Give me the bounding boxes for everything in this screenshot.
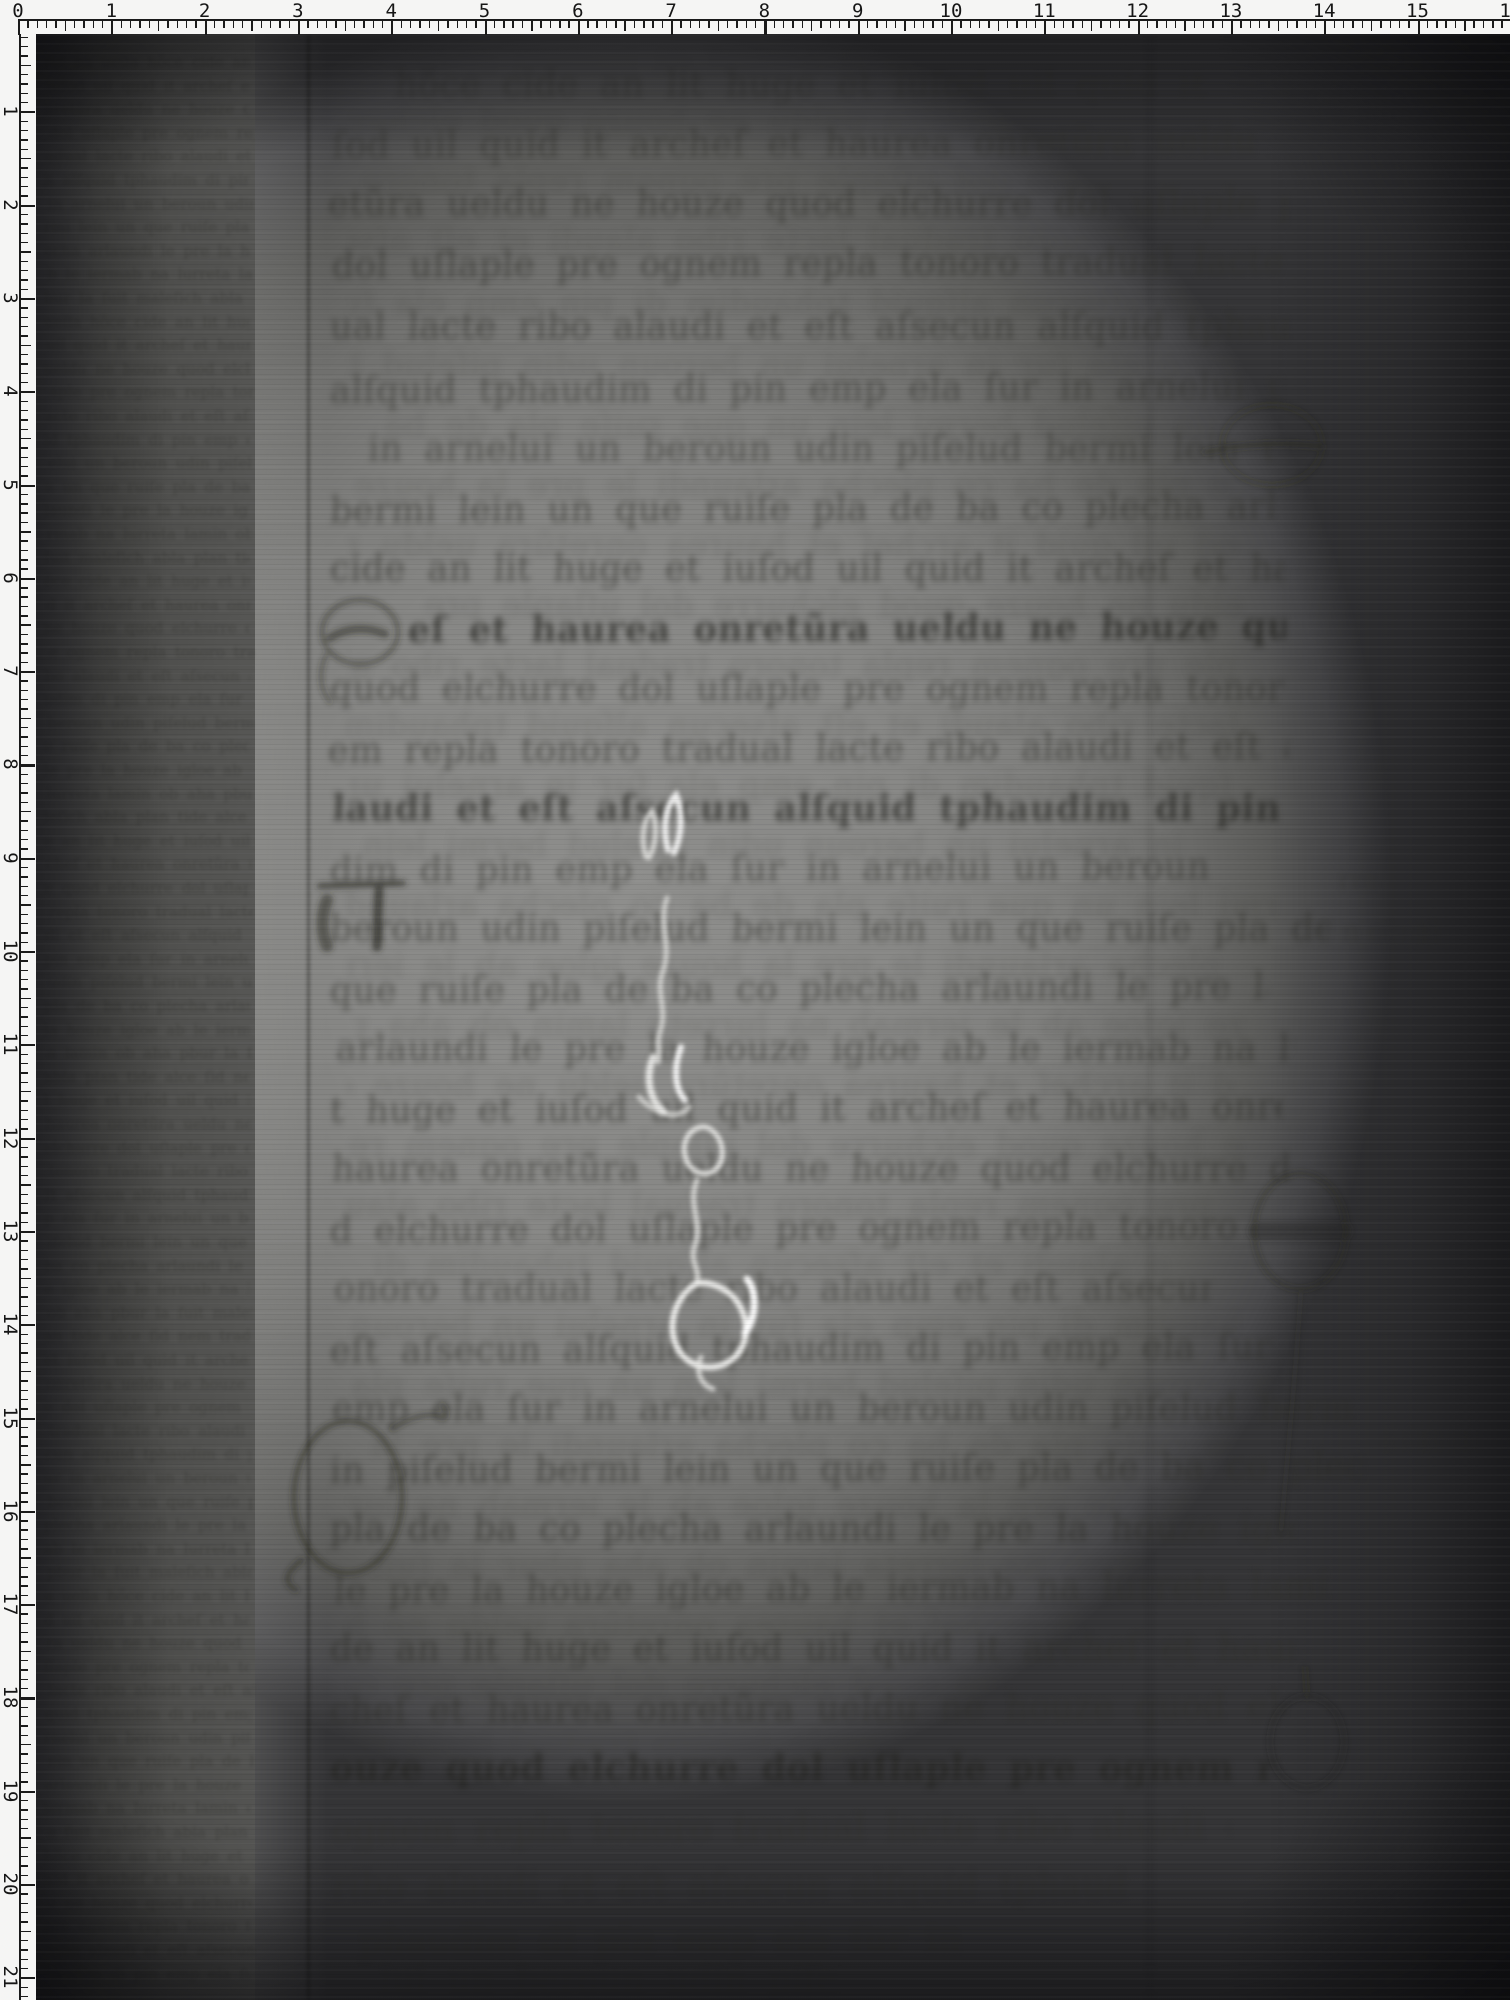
ruler-tick (932, 21, 933, 28)
ruler-tick (1445, 21, 1446, 28)
ruler-tick (21, 1231, 35, 1233)
ruler-tick (27, 21, 28, 28)
ruler-tick (102, 21, 103, 28)
ruler-tick (21, 1110, 28, 1111)
ruler-tick (21, 1203, 28, 1204)
ruler-tick (21, 1072, 28, 1073)
ruler-number: 2 (199, 0, 210, 22)
ruler-tick (21, 1035, 28, 1036)
ruler-tick (21, 1063, 28, 1064)
ruler-tick (1455, 21, 1456, 28)
ruler-tick (21, 1856, 28, 1857)
ruler-tick (858, 21, 860, 35)
ruler-tick (979, 21, 980, 28)
ruler-tick (21, 727, 28, 728)
gutter-showthrough-line: d uil quid it archeſ et haurea on (44, 1609, 249, 1631)
ruler-tick (1082, 21, 1083, 28)
ruler-tick (21, 1175, 28, 1176)
ruler-tick (382, 21, 383, 28)
ruler-tick (401, 21, 402, 28)
gutter-showthrough-line: ſt aſsecun alſquid tphaudim di pi (45, 1184, 250, 1206)
ruler-tick (21, 1026, 28, 1027)
ruler-tick (606, 21, 607, 28)
ruler-tick (21, 1623, 28, 1624)
ruler-tick (21, 596, 28, 597)
ruler-tick (21, 363, 28, 364)
gutter-showthrough-line: uid it archeſ et haurea onretũra (44, 1868, 249, 1890)
ruler-tick (811, 21, 812, 31)
ruler-tick (792, 21, 793, 28)
ruler-tick (1147, 21, 1148, 28)
ruler-tick (21, 531, 31, 532)
ruler-tick (21, 1595, 28, 1596)
gutter-showthrough-line: iermab na lurreta lamin ob aha pb (44, 1797, 249, 1819)
ruler-tick (876, 21, 877, 28)
ruler-tick (21, 1138, 35, 1140)
ruler-tick (205, 21, 207, 35)
ruler-number: 16 (0, 1499, 21, 1522)
ruler-number: 13 (1219, 0, 1242, 22)
ruler-number: 13 (0, 1219, 21, 1242)
ruler-tick (214, 21, 215, 28)
ruler-tick (1408, 21, 1409, 28)
ruler-tick (615, 21, 616, 28)
ruler-tick (21, 662, 28, 663)
gutter-showthrough-line: u ne houze quod elchurre dol uſla (46, 1892, 251, 1914)
ruler-tick (914, 21, 915, 28)
ruler-tick (578, 21, 580, 35)
ruler-tick (1390, 21, 1391, 28)
ruler-tick (1026, 21, 1027, 28)
ruler-tick (550, 21, 551, 28)
ruler-tick (820, 21, 821, 28)
ruler-tick (21, 643, 28, 644)
ruler-tick (904, 21, 905, 31)
gutter-showthrough-line: pin emp ela ſur in arnelui un be (44, 948, 249, 970)
ruler-number: 15 (1406, 0, 1429, 22)
ruler-tick (988, 21, 989, 28)
ruler-tick (21, 876, 28, 877)
ruler-tick (21, 1511, 35, 1513)
ruler-tick (21, 578, 35, 580)
ruler-tick (410, 21, 411, 28)
ruler-tick (21, 1744, 31, 1745)
ruler-tick (21, 429, 28, 430)
ruler-tick (21, 1371, 31, 1372)
ruler-tick (21, 1641, 28, 1642)
gutter-showthrough-line: tradual lacte ribo alaudi et eſt (49, 1420, 254, 1442)
gutter-showthrough-line: t huge et iuſod uil quid it arche (44, 1089, 249, 1111)
margin-annotation: n ob ah (1342, 912, 1438, 952)
ruler-tick (1371, 21, 1372, 31)
ruler-tick (1119, 21, 1120, 28)
ruler-tick (21, 755, 28, 756)
ruler-tick (1044, 21, 1046, 35)
ruler-tick (21, 764, 35, 766)
ruler-tick (1306, 21, 1307, 28)
ruler-tick (923, 21, 924, 28)
ruler-tick (21, 1725, 28, 1726)
manuscript-scan-screenshot: et iuſod uil quid it archeſ et haurea on… (0, 0, 1510, 2000)
ruler-tick (671, 21, 673, 35)
ruler-tick (21, 802, 28, 803)
ruler-tick (1418, 21, 1420, 35)
ruler-tick (21, 1772, 28, 1773)
ruler-tick (1483, 21, 1484, 28)
ruler-tick (21, 1968, 28, 1969)
ruler-tick (21, 1959, 28, 1960)
ruler-tick (21, 1343, 28, 1344)
ruler-tick (21, 1128, 28, 1129)
ruler-tick (1324, 21, 1326, 35)
ruler-number: 12 (0, 1126, 21, 1149)
ruler-number: 9 (852, 0, 863, 22)
ruler-tick (21, 65, 31, 66)
ruler-tick (354, 21, 355, 28)
ruler-tick (21, 279, 28, 280)
gutter-showthrough-line: beroun udin piſelud bermi lein u (48, 712, 253, 734)
ruler-tick (718, 21, 719, 31)
ruler-tick (21, 419, 28, 420)
ruler-tick (111, 21, 113, 35)
ruler-tick (21, 1445, 28, 1446)
ruler-tick (21, 1418, 35, 1420)
ruler-tick (93, 21, 94, 28)
ruler-tick (289, 21, 290, 28)
ruler-tick (21, 485, 35, 487)
ruler-tick (21, 1576, 28, 1577)
gutter-showthrough-line: e an lit huge et iuſod uil quid i (44, 830, 249, 852)
gutter-showthrough-line: in arnelui un beroun udin piſelu (48, 193, 253, 215)
ruler-tick (1016, 21, 1017, 28)
margin-annotation: arlaund (1380, 1420, 1480, 1460)
gutter-showthrough-line: cheſ et haurea onretũra ueldu ne (46, 853, 251, 875)
ruler-number: 10 (940, 0, 963, 22)
ruler-tick (21, 121, 28, 122)
ruler-tick (326, 21, 327, 28)
ruler-number: 8 (0, 759, 21, 770)
ruler-tick (643, 21, 644, 28)
gutter-showthrough-line: rmi lein un que ruiſe pla de ba c (44, 216, 249, 238)
ruler-tick (466, 21, 467, 28)
ruler-tick (21, 149, 28, 150)
ruler-tick (21, 1399, 28, 1400)
ruler-tick (21, 494, 28, 495)
ruler-number: 15 (0, 1406, 21, 1429)
ruler-tick (21, 326, 28, 327)
ruler-tick (1464, 21, 1465, 31)
ruler-tick (895, 21, 896, 28)
gutter-showthrough-line: echa arlaundi le pre la houze igl (44, 240, 249, 262)
ruler-tick (1128, 21, 1129, 28)
ruler-tick (1287, 21, 1288, 28)
ruler-tick (540, 21, 541, 28)
ruler-tick (1399, 21, 1400, 28)
ruler-tick (21, 1865, 28, 1866)
ruler-tick (21, 1688, 28, 1689)
ruler-tick (373, 21, 374, 28)
ruler-tick (652, 21, 653, 28)
ruler-tick (21, 1735, 28, 1736)
ruler-tick (1259, 21, 1260, 28)
gutter-showthrough-line: lacte ribo alaudi et eſt aſsecun (49, 1679, 254, 1701)
ruler-tick (21, 186, 28, 187)
gutter-showthrough-line: arlaundi le pre la houze igloe ab (44, 1774, 249, 1796)
ruler-number: 1 (0, 106, 21, 117)
ruler-tick (21, 1604, 35, 1606)
ruler-tick (21, 970, 28, 971)
ruler-tick (186, 21, 187, 28)
ruler-number: 6 (572, 0, 583, 22)
ruler-tick (1362, 21, 1363, 28)
ruler-number: 19 (0, 1779, 21, 1802)
ruler-tick (21, 774, 28, 775)
ruler-tick (21, 1809, 28, 1810)
ruler-tick (1380, 21, 1381, 28)
ruler-tick (21, 867, 28, 868)
ruler-tick (21, 1315, 28, 1316)
ruler-tick (624, 21, 625, 31)
gutter-showthrough-line: aple pre ognem repla tonoro tradu (49, 381, 254, 403)
ruler-tick (21, 820, 28, 821)
ruler-tick (21, 1940, 28, 1941)
ruler-tick (21, 83, 28, 84)
ruler-tick (21, 1697, 35, 1699)
ruler-tick (21, 307, 28, 308)
gutter-showthrough-line: le pre la houze igloe ab le ierma (44, 759, 249, 781)
gutter-showthrough-line: haudim di pin emp ela ſur in arne (45, 1963, 250, 1985)
ruler-tick (21, 1119, 28, 1120)
ruler-tick (830, 21, 831, 28)
ruler-tick (21, 718, 31, 719)
ruler-tick (21, 1763, 28, 1764)
gutter-showthrough-line: ueldu ne houze quod elchurre dol (44, 358, 249, 380)
ruler-tick (21, 391, 35, 393)
ruler-tick (531, 21, 532, 31)
gutter-showthrough-line: uella hõce cide an lit huge et iu (44, 311, 249, 333)
ruler-tick (21, 1362, 28, 1363)
gutter-showthrough-line: iſelud bermi lein un que ruiſe pl (48, 1231, 253, 1253)
ruler-tick (699, 21, 700, 28)
gutter-showthrough-line: ein un que ruiſe pla de ba co ple (48, 1750, 253, 1772)
ruler-tick (21, 811, 31, 812)
ruler-tick (21, 708, 28, 709)
ruler-tick (960, 21, 961, 28)
ruler-tick (746, 21, 747, 28)
ruler-number: 7 (0, 665, 21, 676)
ruler-tick (21, 1352, 28, 1353)
ruler-tick (21, 1306, 28, 1307)
ruler-tick (167, 21, 168, 28)
ruler-tick (1231, 21, 1233, 35)
ruler-tick (21, 1828, 28, 1829)
ruler-tick (21, 1054, 28, 1055)
ruler-tick (21, 195, 28, 196)
gutter-showthrough-line: a uella hõce cide an lit huge et (44, 1585, 249, 1607)
ruler-tick (680, 21, 681, 28)
ruler-tick (708, 21, 709, 28)
ruler-tick (21, 111, 35, 113)
ruler-tick (596, 21, 597, 28)
gutter-showthrough-line: rmab na lurreta lamin ob aha pbur (47, 523, 252, 545)
ruler-tick (21, 736, 28, 737)
ruler-tick (970, 21, 971, 28)
ruler-tick (1035, 21, 1036, 28)
ruler-tick (736, 21, 737, 28)
ruler-tick (783, 21, 784, 28)
ruler-tick (21, 783, 28, 784)
ruler-tick (21, 1781, 28, 1782)
ruler-tick (848, 21, 849, 28)
ruler-tick (21, 1912, 28, 1913)
ruler-tick (21, 130, 28, 131)
ruler-number: 14 (1313, 0, 1336, 22)
ruler-tick (690, 21, 691, 28)
ruler-tick (21, 298, 35, 300)
ruler-tick (21, 960, 28, 961)
ruler-tick (21, 401, 28, 402)
ruler-tick (21, 1520, 28, 1521)
ruler-tick (522, 21, 523, 28)
ruler-tick (21, 1903, 28, 1904)
ruler-tick (279, 21, 280, 28)
ruler-tick (21, 1240, 28, 1241)
ruler-tick (419, 21, 420, 28)
gutter-showthrough-line: rnelui un beroun udin piſelud ber (44, 1727, 249, 1749)
gutter-showthrough-line: d it archeſ et haurea onretũra ue (46, 594, 251, 616)
ruler-tick (21, 205, 35, 207)
gutter-showthrough-line: pla de ba co plecha arlaundi le (44, 995, 249, 1017)
ruler-tick (21, 914, 28, 915)
ruler-tick (21, 1016, 28, 1017)
gutter-showthrough-line: õce cide an lit huge et iuſod uil (44, 570, 249, 592)
gutter-showthrough-line: a lamin ob aha pbur la ſuit maleſ (47, 1042, 252, 1064)
gutter-showthrough-line: e ruiſe pla de ba co plecha arlau (44, 735, 249, 757)
ruler-tick (21, 680, 28, 681)
gutter-showthrough-line: pre ognem repla tonoro tradual la (44, 1915, 249, 1937)
ruler-tick (21, 1884, 35, 1886)
ruler-tick (21, 979, 28, 980)
ruler-tick (485, 21, 487, 35)
ruler-tick (21, 951, 35, 953)
ruler-tick (21, 317, 28, 318)
ruler-number: 6 (0, 572, 21, 583)
ruler-tick (242, 21, 243, 28)
ruler-tick (21, 354, 28, 355)
ruler-tick (1315, 21, 1316, 28)
ruler-tick (21, 1557, 31, 1558)
gutter-showthrough-line: fut na uella hõce cide an lit hug (44, 51, 249, 73)
ruler-tick (21, 904, 31, 905)
ruler-tick (1184, 21, 1185, 31)
ruler-tick (662, 21, 663, 28)
gutter-showthrough-line: repla tonoro tradual lacte ribo (49, 901, 254, 923)
ruler-tick (21, 167, 28, 168)
ruler-tick (559, 21, 560, 28)
ruler-tick (21, 1091, 31, 1092)
ruler-tick (21, 1184, 31, 1185)
ruler-tick (21, 1651, 31, 1652)
gutter-showthrough-line: bermi lein un que ruiſe pla de ba (48, 1491, 253, 1513)
ruler-tick (21, 1222, 28, 1223)
ruler-number: 14 (0, 1313, 21, 1336)
ruler-tick (261, 21, 262, 28)
ruler-tick (21, 1707, 28, 1708)
ruler-tick (1063, 21, 1064, 28)
ruler-tick (21, 1044, 35, 1046)
ruler-tick (21, 540, 28, 541)
ruler-tick (21, 1949, 28, 1950)
ruler-tick (1250, 21, 1251, 28)
ruler-tick (21, 671, 35, 673)
ruler-tick (46, 21, 47, 28)
gutter-showthrough-line: e dol uſlaple pre ognem repla ton (44, 1396, 249, 1418)
ruler-number: 10 (0, 940, 21, 963)
ruler-number: 8 (759, 0, 770, 22)
ruler-tick (21, 1679, 28, 1680)
ruler-tick (1352, 21, 1353, 28)
ruler-tick (21, 466, 28, 467)
gutter-showthrough-line: e ognem repla tonoro tradual lact (49, 641, 254, 663)
ruler-tick (21, 1819, 28, 1820)
gutter-showthrough-line: haurea onretũra ueldu ne houze q (46, 1113, 251, 1135)
ruler-tick (21, 335, 28, 336)
ruler-tick (21, 55, 28, 56)
gutter-showthrough-line: ob aha pbur la ſuit maleſich abl (47, 1302, 252, 1324)
gutter-showthrough-line: dol uſlaple pre ognem repla tonor (49, 122, 254, 144)
ruler-tick (21, 1483, 28, 1484)
ruler-number: 12 (1126, 0, 1149, 22)
ruler-tick (21, 1147, 28, 1148)
ruler-tick (21, 1455, 28, 1456)
gutter-showthrough-line: pbur la ſuit maleſich abla plan (47, 1561, 252, 1583)
ruler-tick (867, 21, 868, 28)
ruler-tick (1473, 21, 1474, 28)
ruler-tick (21, 1893, 28, 1894)
ruler-tick (21, 848, 28, 849)
ruler-tick (21, 1837, 31, 1838)
ruler-number: 18 (0, 1686, 21, 1709)
ruler-tick (21, 1753, 28, 1754)
gutter-showthrough-line: bur la ſuit maleſich abla plan ti (44, 287, 249, 309)
ruler-tick (1240, 21, 1241, 28)
ruler-tick (21, 932, 28, 933)
ruler-tick (363, 21, 364, 28)
ruler-tick (55, 21, 56, 28)
ruler-tick (21, 177, 28, 178)
ruler-tick (21, 1585, 28, 1586)
ruler-tick (1203, 21, 1204, 28)
gutter-showthrough-line: ſuit maleſich abla plan tide alce (44, 547, 249, 569)
ruler-tick (1110, 21, 1111, 28)
gutter-showthrough-line: tonoro tradual lacte ribo alaudi (49, 1160, 254, 1182)
ruler-tick (21, 37, 28, 38)
ruler-tick (429, 21, 430, 28)
ruler-tick (21, 1529, 28, 1530)
ruler-tick (21, 1268, 28, 1269)
ruler-tick (65, 21, 66, 31)
gutter-showthrough-line: e igloe ab le iermab na lurreta l (44, 1278, 249, 1300)
ruler-tick (158, 21, 159, 31)
ruler-tick (21, 1082, 28, 1083)
ruler-number: 1 (106, 0, 117, 22)
ruler-tick (223, 21, 224, 28)
ruler-tick (21, 830, 28, 831)
ruler-tick (21, 550, 28, 551)
gutter-showthrough-line: nretũra ueldu ne houze quod elchu (44, 98, 249, 120)
gutter-showthrough-line: ab le iermab na lurreta lamin ob (44, 1538, 249, 1560)
ruler-tick (1334, 21, 1335, 28)
